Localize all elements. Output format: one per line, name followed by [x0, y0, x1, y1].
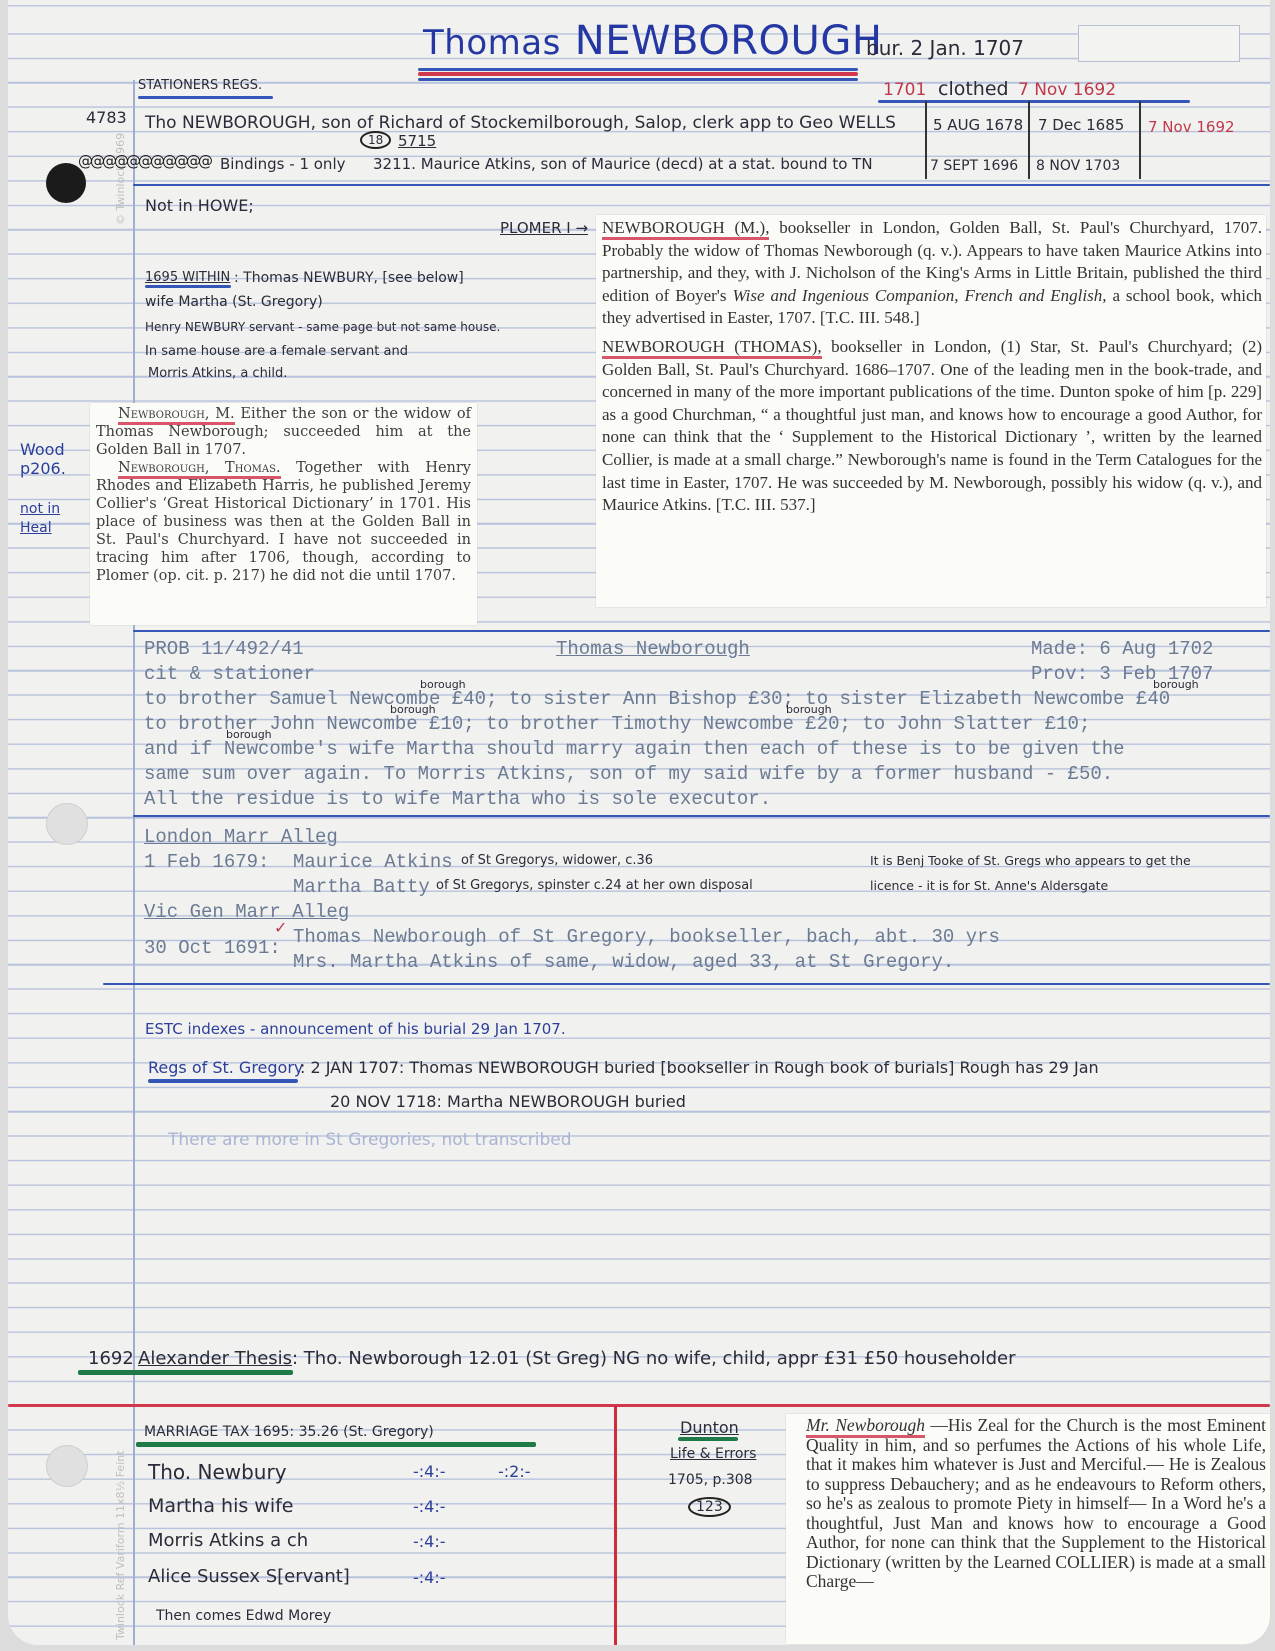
tax-name: Alice Sussex S[ervant] — [148, 1566, 350, 1587]
regs-underline — [148, 1079, 298, 1083]
binding-date-2: 8 NOV 1703 — [1036, 158, 1120, 174]
correction-note: borough — [226, 728, 272, 741]
london-marr-bride-note: of St Gregorys, spinster c.24 at her own… — [436, 878, 753, 893]
clothed-date: 7 Nov 1692 — [1018, 80, 1116, 100]
within-underline — [145, 285, 231, 288]
vic-gen-groom: Thomas Newborough of St Gregory, booksel… — [293, 926, 1000, 948]
dunton-clip-text: —His Zeal for the Church is the most Emi… — [806, 1415, 1266, 1591]
london-marr-heading: London Marr Alleg — [144, 826, 338, 848]
red-divider — [8, 1404, 1270, 1407]
will-made-date: Made: 6 Aug 1702 — [1031, 638, 1213, 660]
freedom-date: 7 Dec 1685 — [1038, 116, 1124, 134]
within-line: wife Martha (St. Gregory) — [145, 294, 323, 310]
will-line: to brother Samuel Newcombe £40; to siste… — [144, 688, 1170, 710]
london-marr-date: 1 Feb 1679: — [144, 851, 269, 873]
tax-name: Martha his wife — [148, 1495, 293, 1517]
clothed-date-2: 7 Nov 1692 — [1148, 118, 1235, 136]
dunton-underline — [678, 1437, 738, 1441]
plomer-entry-m-head: NEWBOROUGH (M.), — [602, 218, 769, 240]
regs-burial-thomas: : 2 JAN 1707: Thomas NEWBOROUGH buried [… — [300, 1058, 1099, 1077]
burial-note: bur. 2 Jan. 1707 — [866, 36, 1024, 60]
correction-note: borough — [390, 703, 436, 716]
within-label: 1695 WITHIN — [145, 270, 230, 285]
plomer-label: PLOMER I → — [500, 219, 588, 237]
section-divider — [133, 630, 1270, 632]
binding-entry: 3211. Maurice Atkins, son of Maurice (de… — [373, 155, 873, 173]
will-reference: PROB 11/492/41 — [144, 638, 304, 660]
title-first: Thomas — [423, 23, 561, 63]
marriage-tax-heading: MARRIAGE TAX 1695: 35.26 (St. Gregory) — [144, 1424, 434, 1440]
section-divider — [133, 815, 1270, 817]
thesis-label: Alexander Thesis — [138, 1348, 292, 1369]
correction-note: borough — [420, 678, 466, 691]
wood-clipping: Newborough, M. Either the son or the wid… — [90, 403, 477, 625]
correction-note: borough — [1153, 678, 1199, 691]
margin-rule — [133, 80, 135, 1645]
licence-note: licence - it is for St. Anne's Aldersgat… — [870, 878, 1108, 893]
correction-note: borough — [786, 703, 832, 716]
title-underline-red — [418, 72, 858, 76]
wood-entry-m-head: Newborough, M. — [118, 406, 235, 425]
apprentice-date: 5 AUG 1678 — [933, 116, 1023, 134]
within-line: Morris Atkins, a child. — [148, 366, 287, 381]
regs-burial-martha: 20 NOV 1718: Martha NEWBOROUGH buried — [330, 1092, 686, 1111]
london-marr-groom: Maurice Atkins — [293, 851, 453, 873]
licence-note: It is Benj Tooke of St. Gregs who appear… — [870, 853, 1191, 868]
will-line: same sum over again. To Morris Atkins, s… — [144, 763, 1113, 785]
section-divider — [133, 184, 1270, 186]
will-line: and if Newcombe's wife Martha should mar… — [144, 738, 1125, 760]
will-testator: Thomas Newborough — [556, 638, 750, 660]
heal-note: not in Heal — [20, 500, 65, 538]
page-title: ThomasNEWBOROUGH — [423, 18, 882, 64]
vic-gen-bride: Mrs. Martha Atkins of same, widow, aged … — [293, 951, 954, 973]
will-line: All the residue is to wife Martha who is… — [144, 788, 771, 810]
clothed-label: clothed — [938, 78, 1009, 100]
plomer-clipping: NEWBOROUGH (M.), bookseller in London, G… — [596, 215, 1266, 607]
check-mark-icon: ✓ — [274, 918, 287, 937]
tax-amount: -:4:- — [413, 1497, 446, 1516]
wood-entry-thomas-head: Newborough, Thomas. — [118, 460, 281, 479]
regs-label: Regs of St. Gregory — [148, 1058, 303, 1077]
brand-text-bottom: Twinlock Ref Variform 11x8½ Feint — [114, 1450, 127, 1640]
london-marr-groom-note: of St Gregorys, widower, c.36 — [461, 853, 653, 868]
title-underline — [418, 68, 858, 71]
wood-entry-thomas-text: Together with Henry Rhodes and Elizabeth… — [96, 460, 471, 584]
tax-amount: -:4:- — [413, 1462, 446, 1481]
will-occupation: cit & stationer — [144, 663, 315, 685]
tax-extra: -:2:- — [498, 1462, 531, 1481]
within-line: : Thomas NEWBURY, [see below] — [234, 270, 464, 286]
dunton-clipping: Mr. Newborough —His Zeal for the Church … — [786, 1414, 1270, 1644]
notebook-page: © Twinlock 1969 Twinlock Ref Variform 11… — [8, 0, 1270, 1645]
column-divider — [1139, 101, 1141, 179]
binding-date-1: 7 SEPT 1696 — [930, 158, 1018, 174]
dunton-subtitle: Life & Errors — [670, 1446, 756, 1462]
thesis-year: 1692 — [88, 1348, 134, 1369]
tax-name: Morris Atkins a ch — [148, 1530, 308, 1551]
plomer-entry-thomas-head: NEWBOROUGH (THOMAS), — [602, 337, 822, 359]
heading-underline — [138, 96, 273, 99]
clothed-year: 1701 — [883, 80, 926, 100]
dunton-title: Dunton — [680, 1418, 739, 1437]
brand-text-top: © Twinlock 1969 — [114, 133, 127, 225]
dunton-circled-number: 123 — [688, 1497, 731, 1517]
title-last: NEWBOROUGH — [575, 18, 883, 64]
estc-note: ESTC indexes - announcement of his buria… — [145, 1020, 566, 1038]
apprentice-entry: Tho NEWBOROUGH, son of Richard of Stocke… — [145, 113, 896, 133]
scribbled-out-text: @@@@@@@@@@@ — [78, 152, 210, 170]
column-divider — [925, 101, 927, 179]
column-divider — [1028, 101, 1030, 179]
circled-number: 18 — [360, 131, 391, 149]
dunton-ref: 1705, p.308 — [668, 1472, 753, 1488]
section-divider — [103, 983, 1270, 985]
within-line: Henry NEWBURY servant - same page but no… — [145, 320, 500, 334]
vic-gen-date: 30 Oct 1691: — [144, 937, 281, 959]
punch-hole — [46, 803, 88, 845]
entry-number: 4783 — [86, 108, 127, 127]
index-box — [1078, 25, 1240, 62]
stationers-heading: STATIONERS REGS. — [138, 78, 262, 93]
will-line: to brother John Newcombe £10; to brother… — [144, 713, 1090, 735]
vic-gen-heading: Vic Gen Marr Alleg — [144, 901, 349, 923]
within-line: In same house are a female servant and — [145, 344, 408, 359]
thesis-text: : Tho. Newborough 12.01 (St Greg) NG no … — [292, 1348, 1015, 1369]
tax-amount: -:4:- — [413, 1532, 446, 1551]
wood-note: Wood p206. — [20, 440, 70, 478]
marriage-tax-underline — [136, 1442, 536, 1447]
tax-amount: -:4:- — [413, 1568, 446, 1587]
london-marr-bride: Martha Batty — [293, 876, 430, 898]
red-column-divider — [614, 1406, 617, 1645]
bindings-label: Bindings - 1 only — [220, 155, 346, 173]
title-underline — [418, 78, 858, 81]
punch-hole — [46, 1445, 88, 1487]
plomer-entry-thomas-text: bookseller in London, (1) Star, St. Paul… — [602, 337, 1262, 514]
thesis-underline — [78, 1370, 293, 1375]
tax-name: Tho. Newbury — [148, 1460, 287, 1484]
tax-footer: Then comes Edwd Morey — [156, 1608, 331, 1624]
plomer-entry-m-italic: Wise and Ingenious Companion, French and… — [732, 286, 1106, 305]
faint-note: There are more in St Gregories, not tran… — [168, 1130, 572, 1150]
binding-number-top: 5715 — [398, 132, 436, 150]
not-in-howe: Not in HOWE; — [145, 196, 254, 215]
